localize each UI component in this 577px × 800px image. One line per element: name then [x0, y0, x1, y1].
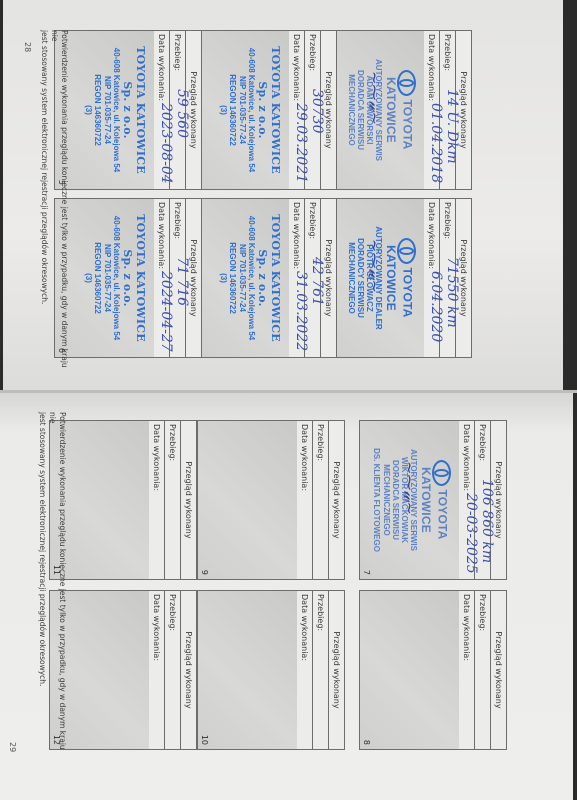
- stamp-code: (3): [84, 37, 93, 183]
- date-label: Data wykonania:: [427, 202, 436, 269]
- date-label: Data wykonania:: [292, 34, 301, 101]
- stamp-area: TOYOTA KATOWICE Sp. z o.o. 40-608 Katowi…: [190, 199, 289, 357]
- company-stamp: TOYOTA KATOWICE Sp. z o.o. 40-608 Katowi…: [219, 37, 281, 183]
- date-row: Data wykonania:: [296, 421, 312, 579]
- date-label: Data wykonania:: [157, 34, 166, 101]
- card-number: 7: [362, 570, 371, 575]
- stamp-nip: NIP 701-035-77-24: [237, 37, 246, 183]
- stamp-company-name: TOYOTA KATOWICE Sp. z o.o.: [256, 37, 281, 183]
- footnote-right: Potwierdzenie wykonania przeglądu koniec…: [37, 412, 67, 762]
- mileage-label: Przebieg:: [316, 594, 325, 631]
- date-row: Data wykonania: 29.03.2021: [288, 31, 304, 189]
- stamp-area: TOYOTA KATOWICE Sp. z o.o. 40-608 Katowi…: [190, 31, 289, 189]
- date-label: Data wykonania:: [157, 202, 166, 269]
- card-number: 10: [200, 735, 209, 745]
- stamp-area: TOYOTA KATOWICE Sp. z o.o. 40-608 Katowi…: [55, 199, 154, 357]
- date-row: Data wykonania:: [296, 591, 312, 749]
- mileage-row: Przebieg:: [164, 591, 180, 749]
- stamp-advisor-role: DORADCA SERWISU MECHANICZNEGO: [346, 37, 364, 183]
- mileage-value: 30730: [309, 89, 324, 134]
- page-number-right: 29: [8, 742, 17, 752]
- date-label: Data wykonania:: [300, 594, 309, 661]
- toyota-logo-icon: [397, 238, 416, 264]
- date-row: Data wykonania: 2024-04-27: [153, 199, 169, 357]
- service-card-4: Przegląd wykonany Przebieg: 42 761 Data …: [189, 198, 337, 358]
- stamp-code: (3): [219, 37, 228, 183]
- mileage-row: Przebieg:: [312, 591, 328, 749]
- date-row: Data wykonania: 01.04.2018: [423, 31, 439, 189]
- date-row: Data wykonania: 20-03-2025: [458, 421, 474, 579]
- stamp-advisor-role: DORADCY SERWISU MECHANICZNEGO: [346, 205, 364, 351]
- footnote-right-line2: jest stosowany system elektronicznej rej…: [37, 412, 47, 762]
- stamp-area: TOYOTA KATOWICE AUTORYZOWANY SERWIS WIKT…: [360, 421, 459, 579]
- date-row: Data wykonania:: [148, 591, 164, 749]
- footnote-left-line2: jest stosowany system elektronicznej rej…: [39, 30, 49, 370]
- date-row: Data wykonania: 6.04.2020: [423, 199, 439, 357]
- date-label: Data wykonania:: [152, 594, 161, 661]
- mileage-value: 42 761: [309, 257, 324, 306]
- service-card-5: Przegląd wykonany Przebieg: 59 560 Data …: [54, 30, 202, 190]
- stamp-nip: NIP 701-035-77-24: [102, 37, 111, 183]
- service-card-9: Przegląd wykonany Przebieg: Data wykonan…: [197, 420, 345, 580]
- card-number: 9: [200, 570, 209, 575]
- booklet-spine: [0, 390, 577, 393]
- date-label: Data wykonania:: [427, 34, 436, 101]
- date-row: Data wykonania:: [458, 591, 474, 749]
- date-value: 31.03.2022: [293, 271, 308, 351]
- mileage-label: Przebieg:: [316, 424, 325, 461]
- signature: ~⁓𝓌~: [364, 239, 384, 293]
- stamp-area: TOYOTA KATOWICE Sp. z o.o. 40-608 Katowi…: [55, 31, 154, 189]
- stamp-address: 40-608 Katowice, ul. Kolejowa 54: [112, 37, 121, 183]
- date-label: Data wykonania:: [462, 424, 471, 491]
- stamp-company-name: TOYOTA KATOWICE Sp. z o.o.: [256, 205, 281, 351]
- company-stamp: TOYOTA KATOWICE Sp. z o.o. 40-608 Katowi…: [219, 205, 281, 351]
- service-card-12: Przegląd wykonany Przebieg: Data wykonan…: [49, 590, 197, 750]
- stamp-regon: REGON 146360722: [228, 37, 237, 183]
- service-card-2: Przegląd wykonany Przebieg: 71550 km Dat…: [324, 198, 472, 358]
- date-label: Data wykonania:: [292, 202, 301, 269]
- stamp-regon: REGON 146360722: [228, 205, 237, 351]
- mileage-label: Przebieg:: [173, 34, 182, 71]
- service-card-11: Przegląd wykonany Przebieg: Data wykonan…: [49, 420, 197, 580]
- company-stamp: TOYOTA KATOWICE Sp. z o.o. 40-608 Katowi…: [84, 37, 146, 183]
- footnote-left-line1: Potwierdzenie wykonania przeglądu koniec…: [49, 30, 69, 370]
- mileage-row: Przebieg:: [164, 421, 180, 579]
- toyota-logo-icon: [432, 460, 451, 486]
- card-header: Przegląd wykonany: [180, 591, 196, 749]
- mileage-label: Przebieg:: [443, 202, 452, 239]
- date-value: 01.04.2018: [428, 103, 443, 183]
- stamp-area: 9: [198, 421, 297, 579]
- stamp-area: 8: [360, 591, 459, 749]
- mileage-label: Przebieg:: [308, 34, 317, 71]
- mileage-value: 14 U. Dkm: [444, 89, 459, 164]
- mileage-label: Przebieg:: [308, 202, 317, 239]
- mileage-label: Przebieg:: [478, 594, 487, 631]
- date-row: Data wykonania: 31.03.2022: [288, 199, 304, 357]
- stamp-advisor-role: DORADCA SERWISU MECHANICZNEGO: [381, 427, 399, 573]
- card-number: 8: [362, 740, 371, 745]
- date-label: Data wykonania:: [300, 424, 309, 491]
- stamp-code: (3): [219, 205, 228, 351]
- booklet-spread: Przegląd wykonany Przebieg: 14 U. Dkm Da…: [0, 0, 577, 800]
- mileage-label: Przebieg:: [478, 424, 487, 461]
- date-label: Data wykonania:: [462, 594, 471, 661]
- service-card-10: Przegląd wykonany Przebieg: Data wykonan…: [197, 590, 345, 750]
- mileage-label: Przebieg:: [443, 34, 452, 71]
- stamp-address: 40-608 Katowice, ul. Kolejowa 54: [247, 37, 256, 183]
- card-header: Przegląd wykonany: [328, 421, 344, 579]
- mileage-row: Przebieg:: [312, 421, 328, 579]
- toyota-logo-icon: [397, 70, 416, 96]
- date-value: 6.04.2020: [428, 271, 443, 342]
- date-row: Data wykonania:: [148, 421, 164, 579]
- service-card-1: Przegląd wykonany Przebieg: 14 U. Dkm Da…: [324, 30, 472, 190]
- stamp-area: TOYOTA KATOWICE AUTORYZOWANY DEALER PIOT…: [325, 199, 424, 357]
- card-header: Przegląd wykonany: [490, 591, 506, 749]
- mileage-value: 106 860 km: [479, 479, 494, 563]
- signature: ~⁓𝓌~: [399, 461, 419, 515]
- stamp-regon: REGON 146360722: [93, 37, 102, 183]
- stamp-nip: NIP 701-035-77-24: [237, 205, 246, 351]
- mileage-value: 71550 km: [444, 257, 459, 328]
- stamp-regon: REGON 146360722: [93, 205, 102, 351]
- stamp-company-name: TOYOTA KATOWICE Sp. z o.o.: [121, 37, 146, 183]
- date-value: 29.03.2021: [293, 103, 308, 183]
- stamp-area: 10: [198, 591, 297, 749]
- stamp-area: TOYOTA KATOWICE AUTORYZOWANY SERWIS ADAM…: [325, 31, 424, 189]
- stamp-nip: NIP 701-035-77-24: [102, 205, 111, 351]
- service-card-8: Przegląd wykonany Przebieg: Data wykonan…: [359, 590, 507, 750]
- mileage-value: 71 716: [174, 257, 189, 306]
- company-stamp: TOYOTA KATOWICE Sp. z o.o. 40-608 Katowi…: [84, 205, 146, 351]
- service-card-7: Przegląd wykonany Przebieg: 106 860 km D…: [359, 420, 507, 580]
- signature: ~⁓𝓌~: [364, 71, 384, 125]
- stamp-company-name: TOYOTA KATOWICE Sp. z o.o.: [121, 205, 146, 351]
- footnote-left: Potwierdzenie wykonania przeglądu koniec…: [39, 30, 69, 370]
- card-header: Przegląd wykonany: [180, 421, 196, 579]
- mileage-value: 59 560: [174, 89, 189, 138]
- stamp-address: 40-608 Katowice, ul. Kolejowa 54: [247, 205, 256, 351]
- date-row: Data wykonania: 2023-08-04: [153, 31, 169, 189]
- mileage-label: Przebieg:: [168, 424, 177, 461]
- mileage-label: Przebieg:: [173, 202, 182, 239]
- mileage-row: Przebieg:: [474, 591, 490, 749]
- stamp-address: 40-608 Katowice, ul. Kolejowa 54: [112, 205, 121, 351]
- mileage-label: Przebieg:: [168, 594, 177, 631]
- service-card-6: Przegląd wykonany Przebieg: 71 716 Data …: [54, 198, 202, 358]
- date-value: 2023-08-04: [158, 103, 173, 184]
- service-card-3: Przegląd wykonany Przebieg: 30730 Data w…: [189, 30, 337, 190]
- date-value: 2024-04-27: [158, 271, 173, 352]
- date-value: 20-03-2025: [463, 493, 478, 574]
- date-label: Data wykonania:: [152, 424, 161, 491]
- footnote-right-line1: Potwierdzenie wykonania przeglądu koniec…: [47, 412, 67, 762]
- page-number-left: 28: [23, 42, 32, 52]
- stamp-code: (3): [84, 205, 93, 351]
- stamp-advisor-role-2: DS. KLIENTA FLOTOWEGO: [372, 427, 381, 573]
- card-header: Przegląd wykonany: [328, 591, 344, 749]
